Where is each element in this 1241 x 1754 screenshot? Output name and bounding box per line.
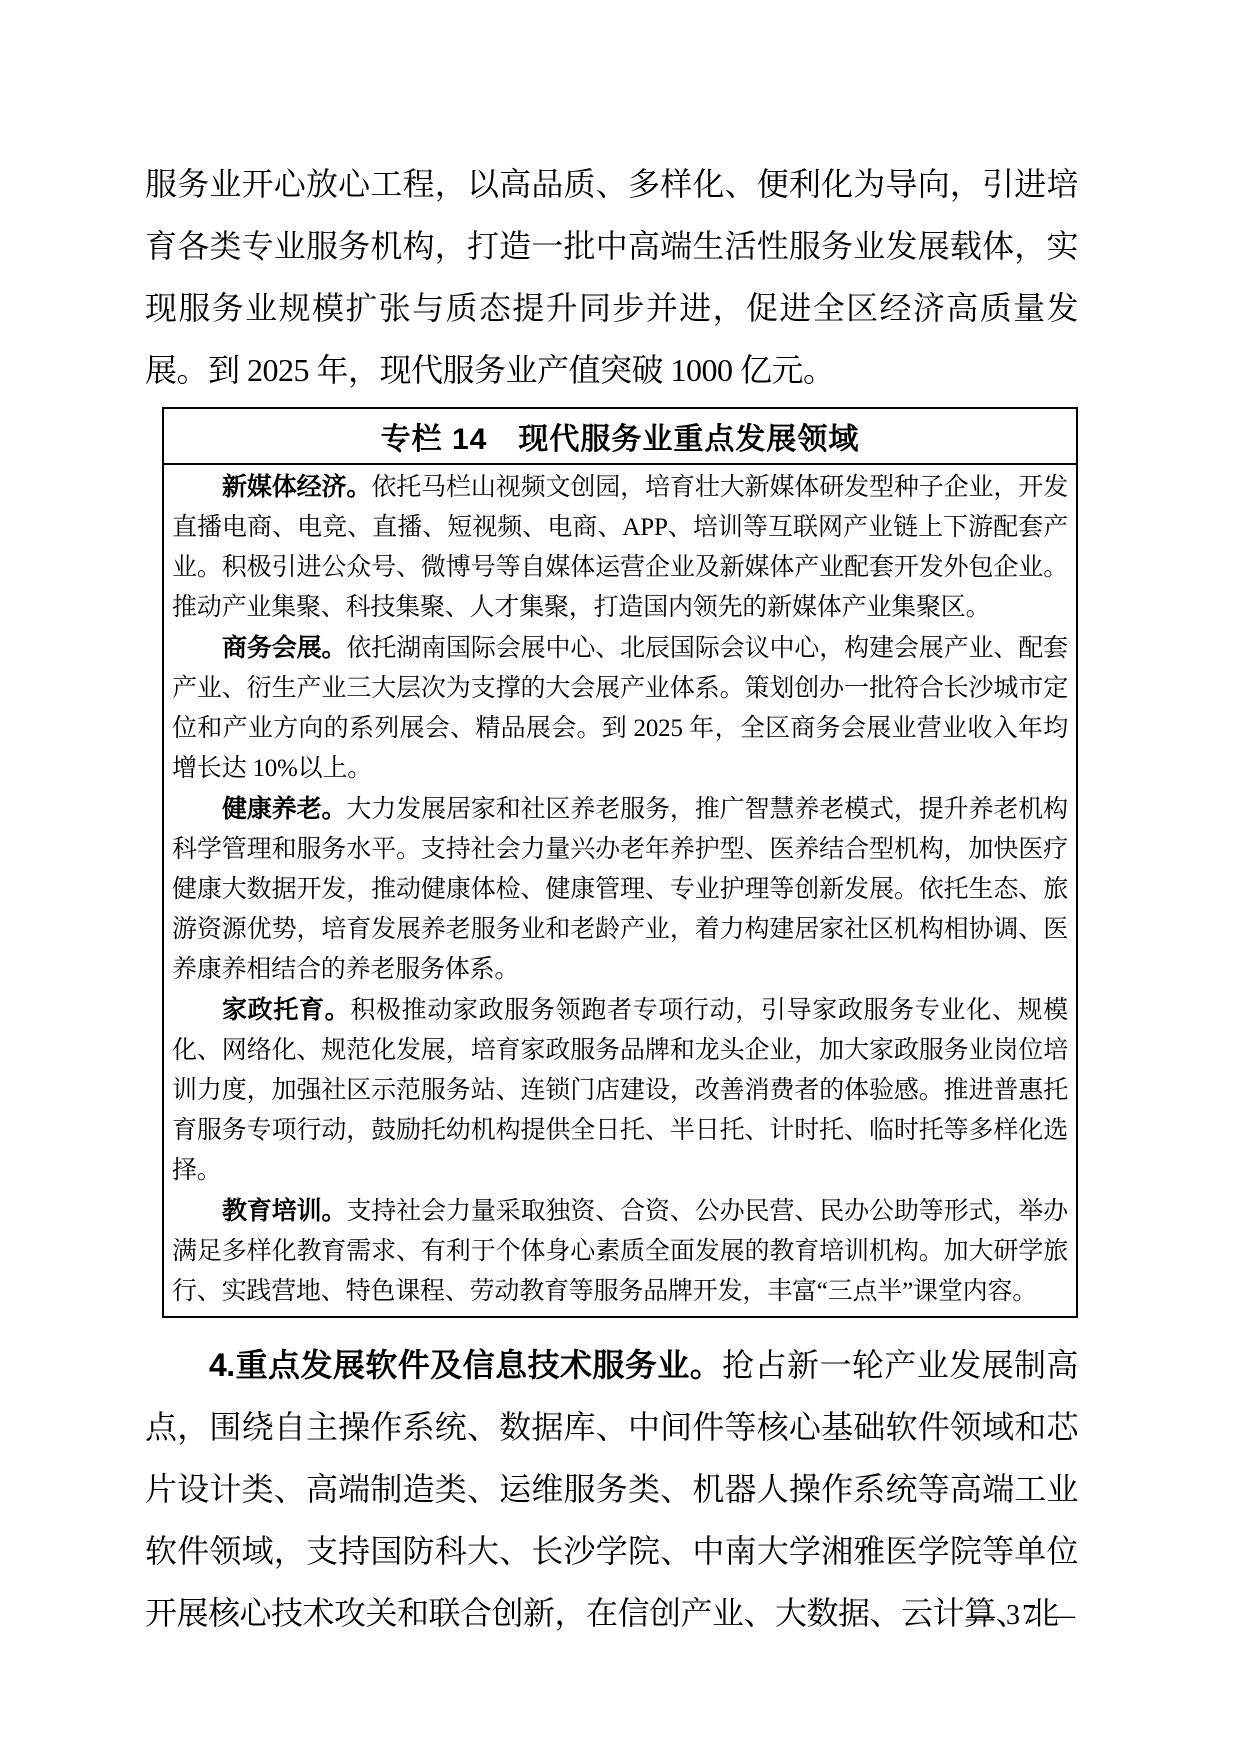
box-section-housekeeping-childcare-lead: 家政托育。	[222, 996, 350, 1024]
box-section-housekeeping-childcare: 家政托育。积极推动家政服务领跑者专项行动，引导家政服务专业化、规模化、网络化、规…	[172, 990, 1068, 1191]
feature-box-body: 新媒体经济。依托马栏山视频文创园，培育壮大新媒体研发型种子企业，开发直播电商、电…	[164, 465, 1076, 1316]
box-section-new-media: 新媒体经济。依托马栏山视频文创园，培育壮大新媒体研发型种子企业，开发直播电商、电…	[172, 467, 1068, 628]
page-number: — 37 —	[967, 1600, 1077, 1632]
box-section-health-eldercare-lead: 健康养老。	[222, 795, 346, 823]
box-section-education-training: 教育培训。支持社会力量采取独资、合资、公办民营、民办公助等形式，举办满足多样化教…	[172, 1191, 1068, 1312]
box-section-business-exhibition: 商务会展。依托湖南国际会展中心、北辰国际会议中心，构建会展产业、配套产业、衍生产…	[172, 628, 1068, 789]
feature-box: 专栏 14 现代服务业重点发展领域 新媒体经济。依托马栏山视频文创园，培育壮大新…	[162, 407, 1078, 1318]
document-content: 服务业开心放心工程，以高品质、多样化、便利化为导向，引进培育各类专业服务机构，打…	[145, 153, 1078, 1644]
section-4-heading: 4.重点发展软件及信息技术服务业。	[209, 1347, 722, 1383]
box-section-housekeeping-childcare-text: 积极推动家政服务领跑者专项行动，引导家政服务专业化、规模化、网络化、规范化发展，…	[172, 997, 1068, 1184]
box-section-education-training-lead: 教育培训。	[222, 1197, 346, 1225]
box-section-health-eldercare-text: 大力发展居家和社区养老服务，推广智慧养老模式，提升养老机构科学管理和服务水平。支…	[172, 796, 1068, 983]
section-4-text: 抢占新一轮产业发展制高点，围绕自主操作系统、数据库、中间件等核心基础软件领域和芯…	[145, 1347, 1078, 1631]
intro-paragraph: 服务业开心放心工程，以高品质、多样化、便利化为导向，引进培育各类专业服务机构，打…	[145, 153, 1078, 401]
document-page: 服务业开心放心工程，以高品质、多样化、便利化为导向，引进培育各类专业服务机构，打…	[0, 0, 1241, 1754]
box-section-new-media-lead: 新媒体经济。	[222, 473, 371, 501]
feature-box-title: 专栏 14 现代服务业重点发展领域	[164, 409, 1076, 465]
box-section-health-eldercare: 健康养老。大力发展居家和社区养老服务，推广智慧养老模式，提升养老机构科学管理和服…	[172, 789, 1068, 990]
box-section-business-exhibition-lead: 商务会展。	[222, 634, 346, 662]
section-4-paragraph: 4.重点发展软件及信息技术服务业。抢占新一轮产业发展制高点，围绕自主操作系统、数…	[145, 1334, 1078, 1644]
